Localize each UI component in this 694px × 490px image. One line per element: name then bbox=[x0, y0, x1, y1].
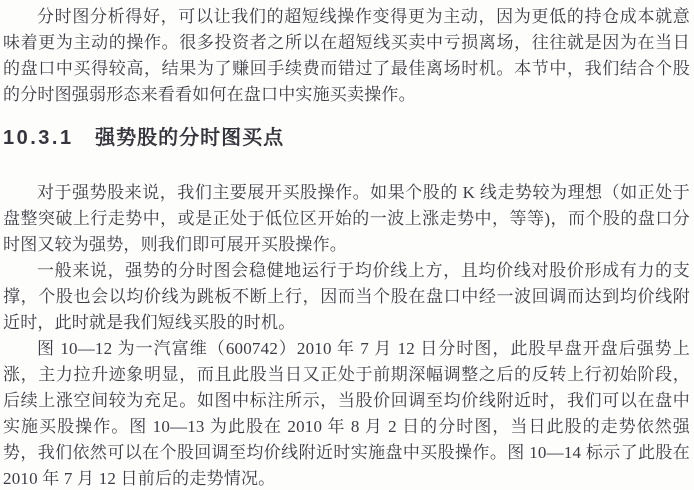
intro-paragraph: 分时图分析得好，可以让我们的超短线操作变得更为主动，因为更低的持仓成本就意味着更… bbox=[3, 4, 690, 108]
paragraph-strong-stock-condition: 对于强势股来说，我们主要展开买股操作。如果个股的 K 线走势较为理想（如正处于盘… bbox=[3, 180, 690, 258]
book-page: 分时图分析得好，可以让我们的超短线操作变得更为主动，因为更低的持仓成本就意味着更… bbox=[0, 0, 694, 490]
section-title: 强势股的分时图买点 bbox=[95, 127, 284, 149]
section-number: 10.3.1 bbox=[3, 127, 74, 149]
paragraph-average-price-line: 一般来说，强势的分时图会稳健地运行于均价线上方，且均价线对股价形成有力的支撑，个… bbox=[3, 258, 690, 336]
paragraph-figure-examples: 图 10—12 为一汽富维（600742）2010 年 7 月 12 日分时图，… bbox=[3, 336, 690, 490]
section-heading: 10.3.1 强势股的分时图买点 bbox=[3, 125, 690, 151]
